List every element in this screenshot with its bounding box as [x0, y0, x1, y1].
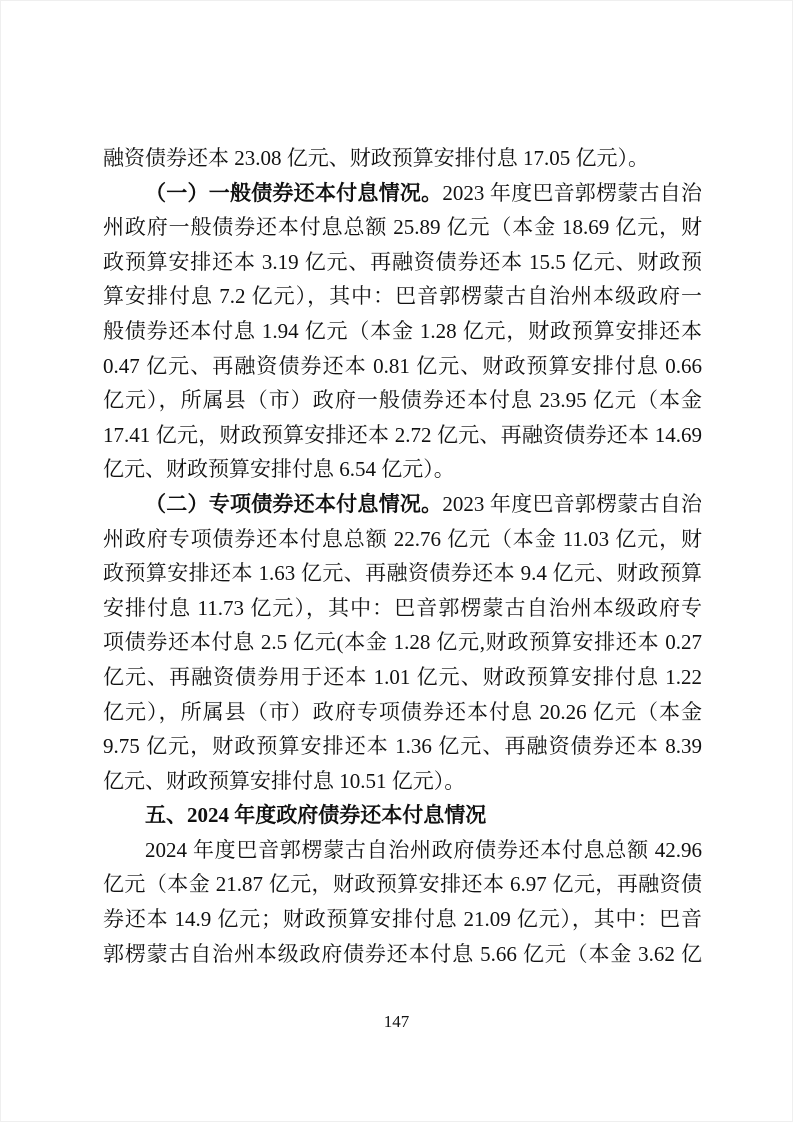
- text-segment: 2023 年度巴音郭楞蒙古自治: [442, 181, 702, 205]
- text-line: （一）一般债券还本付息情况。2023 年度巴音郭楞蒙古自治: [103, 176, 702, 211]
- text-line: 9.75 亿元，财政预算安排还本 1.36 亿元、再融资债券还本 8.39: [103, 729, 702, 764]
- bold-text-segment: （一）一般债券还本付息情况。: [145, 181, 442, 205]
- para-special-bond-repayment: （二）专项债券还本付息情况。2023 年度巴音郭楞蒙古自治州政府专项债券还本付息…: [103, 487, 702, 798]
- text-line: 亿元），所属县（市）政府一般债券还本付息 23.95 亿元（本金: [103, 383, 702, 418]
- heading-section-5: 五、2024 年度政府债券还本付息情况: [103, 798, 702, 833]
- text-line: 券还本 14.9 亿元；财政预算安排付息 21.09 亿元），其中：巴音: [103, 902, 702, 937]
- text-segment: 2023 年度巴音郭楞蒙古自治: [442, 492, 702, 516]
- text-segment: 郭楞蒙古自治州本级政府债券还本付息 5.66 亿元（本金 3.62 亿: [103, 942, 702, 966]
- text-line: （二）专项债券还本付息情况。2023 年度巴音郭楞蒙古自治: [103, 487, 702, 522]
- text-segment: 亿元、再融资债券用于还本 1.01 亿元、财政预算安排付息 1.22: [103, 665, 702, 689]
- text-segment: 9.75 亿元，财政预算安排还本 1.36 亿元、再融资债券还本 8.39: [103, 734, 702, 758]
- text-segment: 亿元），所属县（市）政府一般债券还本付息 23.95 亿元（本金: [103, 388, 702, 412]
- text-line: 州政府专项债券还本付息总额 22.76 亿元（本金 11.03 亿元，财: [103, 522, 702, 557]
- document-text: 融资债券还本 23.08 亿元、财政预算安排付息 17.05 亿元）。（一）一般…: [103, 141, 702, 971]
- text-line: 亿元（本金 21.87 亿元，财政预算安排还本 6.97 亿元，再融资债: [103, 867, 702, 902]
- text-line: 算安排付息 7.2 亿元），其中：巴音郭楞蒙古自治州本级政府一: [103, 279, 702, 314]
- text-segment: 般债券还本付息 1.94 亿元（本金 1.28 亿元，财政预算安排还本: [103, 319, 702, 343]
- text-line: 政预算安排还本 3.19 亿元、再融资债券还本 15.5 亿元、财政预: [103, 245, 702, 280]
- text-segment: 0.47 亿元、再融资债券还本 0.81 亿元、财政预算安排付息 0.66: [103, 354, 702, 378]
- text-line: 2024 年度巴音郭楞蒙古自治州政府债券还本付息总额 42.96: [103, 833, 702, 868]
- para-previous-continuation: 融资债券还本 23.08 亿元、财政预算安排付息 17.05 亿元）。: [103, 141, 702, 176]
- text-line: 融资债券还本 23.08 亿元、财政预算安排付息 17.05 亿元）。: [103, 141, 702, 176]
- text-segment: 17.41 亿元，财政预算安排还本 2.72 亿元、再融资债券还本 14.69: [103, 423, 702, 447]
- text-segment: 亿元、财政预算安排付息 10.51 亿元）。: [103, 769, 465, 793]
- text-line: 亿元、再融资债券用于还本 1.01 亿元、财政预算安排付息 1.22: [103, 660, 702, 695]
- text-segment: 融资债券还本 23.08 亿元、财政预算安排付息 17.05 亿元）。: [103, 146, 649, 170]
- text-line: 政预算安排还本 1.63 亿元、再融资债券还本 9.4 亿元、财政预算: [103, 556, 702, 591]
- text-segment: 亿元），所属县（市）政府专项债券还本付息 20.26 亿元（本金: [103, 700, 702, 724]
- text-segment: 亿元、财政预算安排付息 6.54 亿元）。: [103, 457, 455, 481]
- text-line: 0.47 亿元、再融资债券还本 0.81 亿元、财政预算安排付息 0.66: [103, 349, 702, 384]
- text-segment: 2024 年度巴音郭楞蒙古自治州政府债券还本付息总额 42.96: [145, 838, 702, 862]
- text-line: 安排付息 11.73 亿元），其中：巴音郭楞蒙古自治州本级政府专: [103, 591, 702, 626]
- text-line: 郭楞蒙古自治州本级政府债券还本付息 5.66 亿元（本金 3.62 亿: [103, 937, 702, 972]
- para-2024-bond-repayment: 2024 年度巴音郭楞蒙古自治州政府债券还本付息总额 42.96亿元（本金 21…: [103, 833, 702, 971]
- text-segment: 政预算安排还本 1.63 亿元、再融资债券还本 9.4 亿元、财政预算: [103, 561, 702, 585]
- text-segment: 州政府专项债券还本付息总额 22.76 亿元（本金 11.03 亿元，财: [103, 527, 702, 551]
- text-line: 州政府一般债券还本付息总额 25.89 亿元（本金 18.69 亿元，财: [103, 210, 702, 245]
- text-segment: 政预算安排还本 3.19 亿元、再融资债券还本 15.5 亿元、财政预: [103, 250, 702, 274]
- text-segment: 安排付息 11.73 亿元），其中：巴音郭楞蒙古自治州本级政府专: [103, 596, 702, 620]
- text-line: 17.41 亿元，财政预算安排还本 2.72 亿元、再融资债券还本 14.69: [103, 418, 702, 453]
- para-general-bond-repayment: （一）一般债券还本付息情况。2023 年度巴音郭楞蒙古自治州政府一般债券还本付息…: [103, 176, 702, 487]
- page-number: 147: [0, 1011, 793, 1033]
- text-line: 亿元、财政预算安排付息 6.54 亿元）。: [103, 452, 702, 487]
- text-segment: 算安排付息 7.2 亿元），其中：巴音郭楞蒙古自治州本级政府一: [103, 284, 702, 308]
- bold-text-segment: 五、2024 年度政府债券还本付息情况: [145, 803, 486, 827]
- text-line: 亿元），所属县（市）政府专项债券还本付息 20.26 亿元（本金: [103, 695, 702, 730]
- text-segment: 券还本 14.9 亿元；财政预算安排付息 21.09 亿元），其中：巴音: [103, 907, 702, 931]
- document-page: 融资债券还本 23.08 亿元、财政预算安排付息 17.05 亿元）。（一）一般…: [0, 0, 793, 1122]
- text-segment: 亿元（本金 21.87 亿元，财政预算安排还本 6.97 亿元，再融资债: [103, 872, 702, 896]
- text-segment: 州政府一般债券还本付息总额 25.89 亿元（本金 18.69 亿元，财: [103, 215, 702, 239]
- text-segment: 项债券还本付息 2.5 亿元(本金 1.28 亿元,财政预算安排还本 0.27: [103, 630, 702, 654]
- text-line: 五、2024 年度政府债券还本付息情况: [103, 798, 702, 833]
- text-line: 亿元、财政预算安排付息 10.51 亿元）。: [103, 764, 702, 799]
- text-line: 项债券还本付息 2.5 亿元(本金 1.28 亿元,财政预算安排还本 0.27: [103, 625, 702, 660]
- text-line: 般债券还本付息 1.94 亿元（本金 1.28 亿元，财政预算安排还本: [103, 314, 702, 349]
- bold-text-segment: （二）专项债券还本付息情况。: [145, 492, 442, 516]
